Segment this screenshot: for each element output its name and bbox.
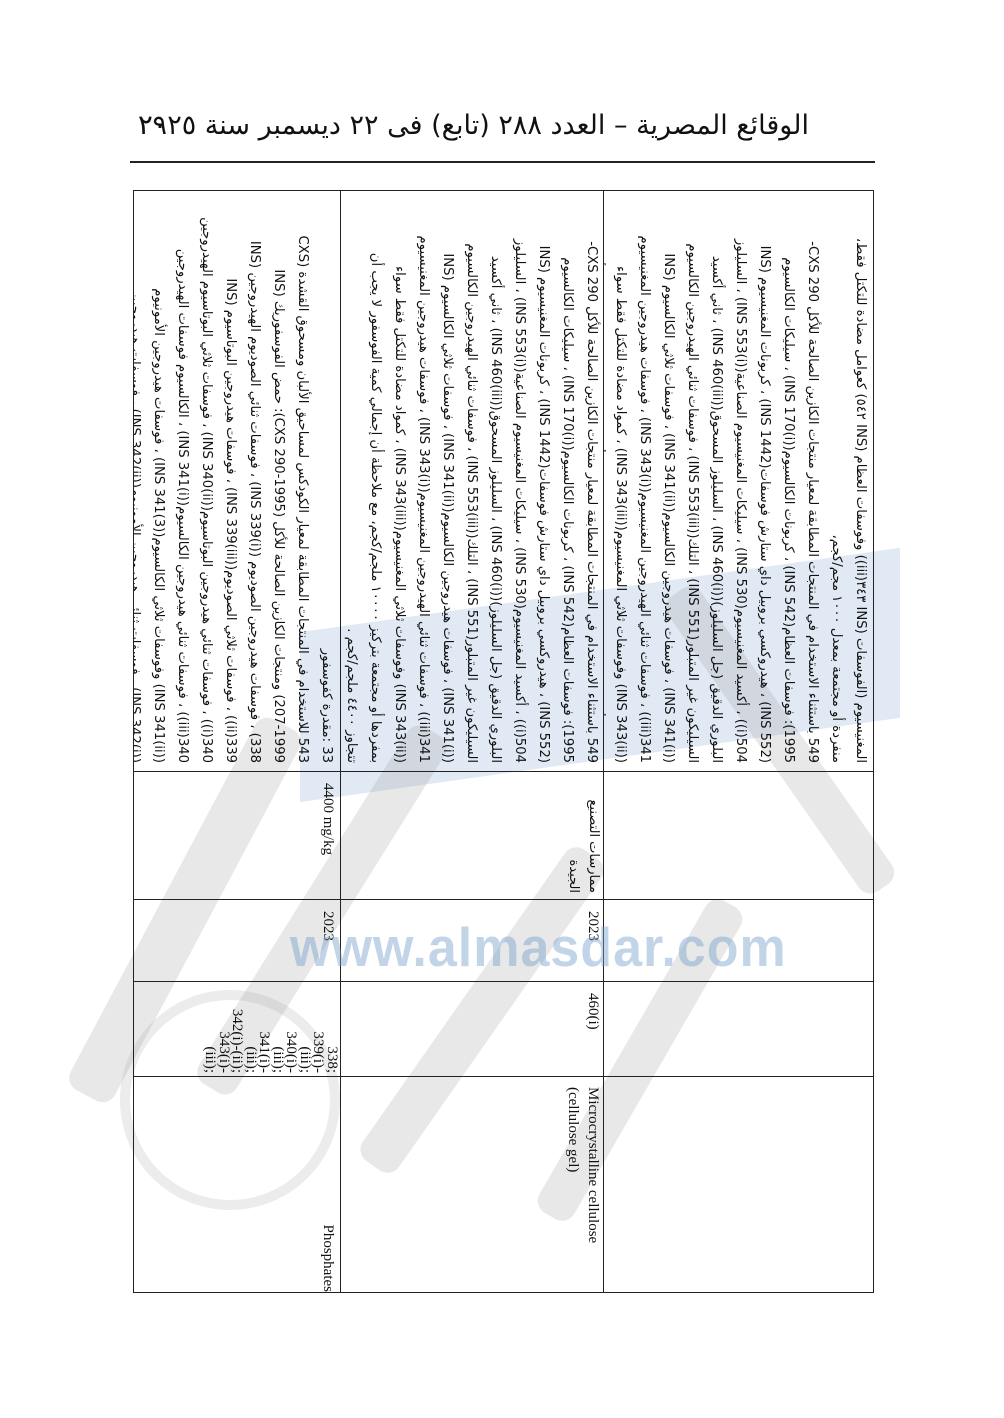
notes-line: 339(ii)) ، فوسفات ثلاثي الصوديوم(INS 339… — [218, 197, 242, 763]
additives-table: المغنيسيوم (الفوسفات (INS ٣٤٣(iii)) وفوس… — [133, 190, 874, 1293]
table-row: 33 :مقدرة كفوسفور543 للاستخدام في المنتج… — [134, 191, 340, 1294]
year-cell: 2023 — [318, 911, 338, 981]
notes-line: 504(i)) ، أكسيد المغنيسيوم(INS 530) ، سي… — [507, 197, 531, 763]
notes-line: السيليكون غير المتبلور(INS 551) ، التلك(… — [680, 197, 704, 763]
year-cell: 2023 — [583, 911, 603, 981]
ins-line: 343(i)- — [217, 987, 231, 1073]
notes-line: منفردة أو مجتمعة بمعدل ١٠٠٠ مجم/كجم، — [824, 197, 848, 763]
notes-line: 1995): فوسفات العظام(INS 542) ، كربونات … — [776, 197, 800, 763]
notes-line: 549 باستثناء الاستخدام في المنتجات المطا… — [800, 197, 824, 763]
page-header: الوقائع المصرية – العدد ٢٨٨ (تابع) فى ٢٢… — [130, 108, 875, 152]
notes-line: بمفردها أو مجتمعة بتركيز ١٠٠٠٠ ملجم/كجم،… — [604, 197, 608, 763]
notes-line: 33 :مقدرة كفوسفور — [314, 197, 338, 763]
notes-line: (INS 343(ii)) وفوسفات ثلاثي المغنيسيوم(I… — [608, 197, 632, 763]
ins-line: 338; — [325, 987, 339, 1073]
notes-line: البلوري الدقيق (جل السليلوز)(INS 460(i))… — [704, 197, 728, 763]
notes-line: 1995): فوسفات العظام(INS 542) ، كربونات … — [555, 197, 579, 763]
notes-line: (INS 342(i)) ، فوسفات ثنائي هيدروجين الأ… — [134, 197, 146, 763]
page-title: الوقائع المصرية – العدد ٢٨٨ (تابع) فى ٢٢… — [138, 110, 809, 141]
notes-line: 207-1999) ومنتجات الكازين الصالحة للأكل … — [266, 197, 290, 763]
ins-cell: 460(i) — [583, 993, 603, 1073]
notes-line: المغنيسيوم (الفوسفات (INS ٣٤٣(iii)) وفوس… — [848, 197, 872, 763]
notes-line: 338) ، فوسفات هيدروجين الصوديوم (INS 339… — [242, 197, 266, 763]
page-number: ٢٩ — [138, 110, 167, 141]
notes-cell: المغنيسيوم (الفوسفات (INS ٣٤٣(iii)) وفوس… — [604, 197, 872, 763]
additive-name-cell: Microcrystalline cellulose (cellulose ge… — [563, 1087, 603, 1292]
ins-line: (iii); — [244, 987, 258, 1073]
ins-line: 341(i)- — [257, 987, 271, 1073]
ins-line: (iii); — [298, 987, 312, 1073]
notes-line: (INS 341(i)) ، فوسفات هيدروجين الكالسيوم… — [435, 197, 459, 763]
notes-line: (INS 552) ، هيدروكسي بروبيل داي ستارش فو… — [531, 197, 555, 763]
ins-line: (iii); — [271, 987, 285, 1073]
ins-line: 342(i)-(ii); — [230, 987, 244, 1073]
notes-line: 341(iii)) ، فوسفات ثنائي الهيدروجين المغ… — [411, 197, 435, 763]
notes-line: بمفردها أو مجتمعة بتركيز ١٠٠٠٠ ملجم/كجم،… — [363, 197, 387, 763]
notes-line: (INS 341(i)) ، فوسفات هيدروجين الكالسيوم… — [656, 197, 680, 763]
notes-line: (INS 341(ii)) وفوسفات ثلاثي الكالسيوم(IN… — [146, 197, 170, 763]
notes-cell: 33 :مقدرة كفوسفور543 للاستخدام في المنتج… — [134, 197, 338, 763]
notes-line: (INS 343(ii)) وفوسفات ثلاثي المغنيسيوم(I… — [387, 197, 411, 763]
max-level-cell: ممارسات التصنيع الجيدة — [563, 783, 603, 893]
notes-line: تتجاوز ٤٤٠٠ ملجم/كجم . — [341, 197, 363, 763]
notes-line: 341(iii)) ، فوسفات ثنائي الهيدروجين المغ… — [632, 197, 656, 763]
ins-line: 340(i)- — [284, 987, 298, 1073]
ins-cell: 338;339(i)-(iii);340(i)-(iii);341(i)-(ii… — [203, 987, 338, 1073]
table-row: المغنيسيوم (الفوسفات (INS ٣٤٣(iii)) وفوس… — [604, 191, 874, 771]
notes-cell: 549 باستثناء الاستخدام في المنتجات المطا… — [341, 197, 603, 763]
notes-line: السيليكون غير المتبلور(INS 551) ، التلك(… — [459, 197, 483, 763]
max-level-cell: 4400 mg/kg — [318, 783, 338, 893]
table-row: 549 باستثناء الاستخدام في المنتجات المطا… — [341, 191, 603, 1294]
notes-line: 340(i)) ، فوسفات ثنائي هيدروجين البوتاسي… — [194, 197, 218, 763]
header-divider — [130, 161, 875, 163]
ins-line: 339(i)- — [311, 987, 325, 1073]
notes-line: 549 باستثناء الاستخدام في المنتجات المطا… — [579, 197, 603, 763]
notes-line: 340(iii)) ، فوسفات ثنائي هيدروجين الكالس… — [170, 197, 194, 763]
notes-line: 543 للاستخدام في المنتجات المطابقة لمعيا… — [290, 197, 314, 763]
notes-line: 504(i)) ، أكسيد المغنيسيوم(INS 530) ، سي… — [728, 197, 752, 763]
notes-line: البلوري الدقيق (جل السليلوز)(INS 460(i))… — [483, 197, 507, 763]
notes-line: (INS 552) ، هيدروكسي بروبيل داي ستارش فو… — [752, 197, 776, 763]
ins-line: (iii); — [203, 987, 217, 1073]
additive-name-cell: Phosphates — [318, 1087, 338, 1292]
